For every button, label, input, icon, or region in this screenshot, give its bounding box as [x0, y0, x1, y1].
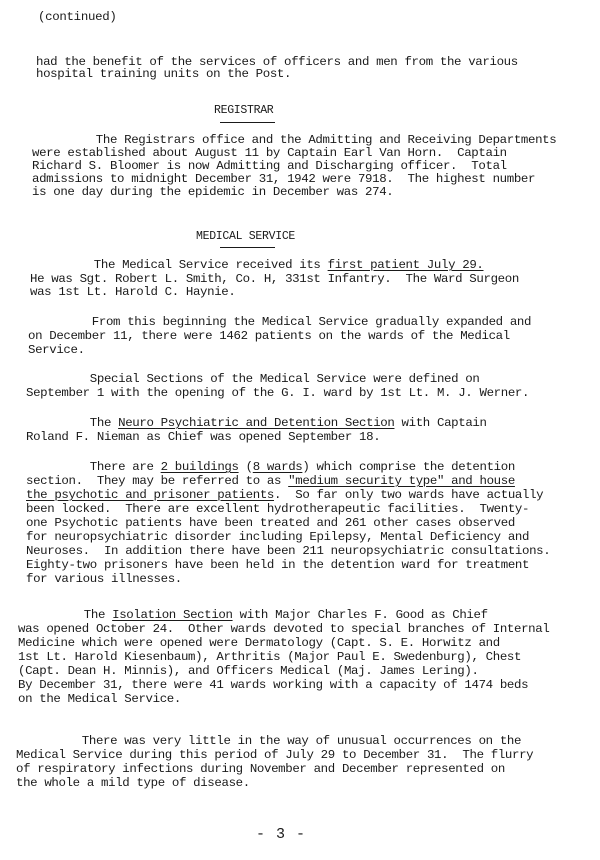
- text-line: section. They may be referred to as "med…: [26, 474, 515, 489]
- text-line: Eighty-two prisoners have been held in t…: [26, 558, 529, 573]
- text-line: Service.: [28, 343, 85, 358]
- text-line: for various illnesses.: [26, 572, 182, 587]
- heading-underline: [220, 122, 275, 123]
- text-line: The Medical Service received its first p…: [30, 258, 484, 273]
- text-line: There are 2 buildings (8 wards) which co…: [26, 460, 515, 475]
- text-line: Neuroses. In addition there have been 21…: [26, 544, 550, 559]
- text-line: 1st Lt. Harold Kiesenbaum), Arthritis (M…: [18, 650, 521, 665]
- text-line: been locked. There are excellent hydroth…: [26, 502, 529, 517]
- section-heading-medical-service: MEDICAL SERVICE: [196, 230, 295, 243]
- text-line: the psychotic and prisoner patients. So …: [26, 488, 543, 503]
- text-line: The Neuro Psychiatric and Detention Sect…: [26, 416, 487, 431]
- text-line: There was very little in the way of unus…: [18, 734, 521, 749]
- text-line: on the Medical Service.: [18, 692, 181, 707]
- underlined-phrase: Isolation Section: [112, 608, 232, 622]
- text-line: the whole a mild type of disease.: [16, 776, 250, 791]
- text-line: is one day during the epidemic in Decemb…: [32, 185, 393, 200]
- text-line: of respiratory infections during Novembe…: [16, 762, 505, 777]
- text-line: Medicine which were opened were Dermatol…: [18, 636, 500, 651]
- text-line: From this beginning the Medical Service …: [28, 315, 531, 330]
- heading-underline: [220, 247, 275, 248]
- section-heading-registrar: REGISTRAR: [214, 104, 273, 117]
- underlined-phrase: first patient July 29.: [328, 258, 484, 272]
- text-line: (Capt. Dean H. Minnis), and Officers Med…: [18, 664, 479, 679]
- text-line: The Isolation Section with Major Charles…: [20, 608, 488, 623]
- text-line: By December 31, there were 41 wards work…: [18, 678, 528, 693]
- underlined-phrase: the psychotic and prisoner patients: [26, 488, 274, 502]
- continued-label: (continued): [38, 10, 117, 24]
- text-line: hospital training units on the Post.: [36, 67, 291, 82]
- text-line: one Psychotic patients have been treated…: [26, 516, 515, 531]
- text-line: for neuropsychiatric disorder including …: [26, 530, 529, 545]
- text-line: September 1 with the opening of the G. I…: [26, 386, 529, 401]
- underlined-phrase: 8 wards: [253, 460, 303, 474]
- text-line: was 1st Lt. Harold C. Haynie.: [30, 285, 235, 300]
- text-line: Special Sections of the Medical Service …: [26, 372, 479, 387]
- underlined-phrase: 2 buildings: [161, 460, 239, 474]
- page-number: - 3 -: [256, 826, 306, 843]
- text-line: Roland F. Nieman as Chief was opened Sep…: [26, 430, 380, 445]
- text-line: was opened October 24. Other wards devot…: [18, 622, 549, 637]
- underlined-phrase: Neuro Psychiatric and Detention Section: [118, 416, 394, 430]
- document-page: (continued) had the benefit of the servi…: [0, 0, 600, 860]
- underlined-phrase: "medium security type" and house: [288, 474, 515, 488]
- text-line: on December 11, there were 1462 patients…: [28, 329, 510, 344]
- text-line: Medical Service during this period of Ju…: [16, 748, 533, 763]
